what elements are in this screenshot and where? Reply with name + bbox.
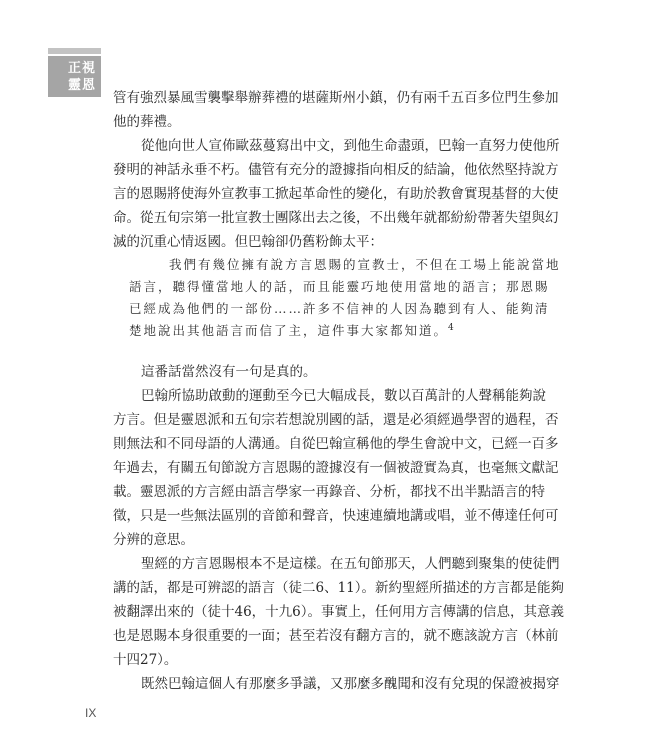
text-line: 巴翰所協助啟動的運動至今已大幅成長，數以百萬計的人聲稱能夠說 [113,384,561,408]
text-line: 徵，只是一些無法區別的音節和聲音，快速連續地講或唱，並不傳達任何可 [113,504,561,528]
footnote-reference: 4 [448,323,454,333]
quote-line: 已經成為他們的一部份……許多不信神的人因為聽到有人、能夠清 [113,298,561,320]
text-line: 年過去，有關五旬節說方言恩賜的證據沒有一個被證實為真，也毫無文獻記 [113,456,561,480]
margin-tab-bar [48,48,101,54]
text-line: 命。從五旬宗第一批宣教士團隊出去之後，不出幾年就都紛紛帶著失望與幻 [113,206,561,230]
text-line: 管有強烈暴風雪襲擊舉辦葬禮的堪薩斯州小鎮，仍有兩千五百多位門生參加 [113,86,561,110]
text-line: 既然巴翰這個人有那麼多爭議，又那麼多醜聞和沒有兌現的保證被揭穿 [113,672,561,696]
quote-line-text: 楚地說出其他語言而信了主，這件事大家都知道。 [129,323,448,338]
block-quote: 我們有幾位擁有說方言恩賜的宣教士，不但在工場上能說當地 語言，聽得懂當地人的話，… [113,254,561,342]
quote-line: 我們有幾位擁有說方言恩賜的宣教士，不但在工場上能說當地 [113,254,561,276]
text-line: 他的葬禮。 [113,110,561,134]
text-line: 聖經的方言恩賜根本不是這樣。在五旬節那天，人們聽到聚集的使徒們 [113,552,561,576]
text-line: 則無法和不同母語的人溝通。自從巴翰宣稱他的學生會說中文，已經一百多 [113,432,561,456]
margin-tab-label-line1: 正視 [48,60,96,77]
text-line: 被翻譯出來的（徒十46，十九6）。事實上，任何用方言傳講的信息，其意義 [113,600,561,624]
page-number: IX [85,706,96,720]
text-line: 也是恩賜本身很重要的一面；甚至若沒有翻方言的，就不應該說方言（林前 [113,624,561,648]
chapter-margin-tab: 正視 靈恩 [48,56,101,97]
text-line: 發明的神話永垂不朽。儘管有充分的證據指向相反的結論，他依然堅持說方 [113,158,561,182]
text-line: 滅的沉重心情返國。但巴翰卻仍舊粉飾太平： [113,230,561,254]
margin-tab-label-line2: 靈恩 [48,77,96,94]
text-line: 這番話當然沒有一句是真的。 [113,360,561,384]
body-text: 管有強烈暴風雪襲擊舉辦葬禮的堪薩斯州小鎮，仍有兩千五百多位門生參加 他的葬禮。 … [113,86,561,696]
text-line: 載。靈恩派的方言經由語言學家一再錄音、分析，都找不出半點語言的特 [113,480,561,504]
quote-line: 語言，聽得懂當地人的話，而且能靈巧地使用當地的語言；那恩賜 [113,276,561,298]
quote-line: 楚地說出其他語言而信了主，這件事大家都知道。4 [113,320,561,342]
text-line: 十四27）。 [113,648,561,672]
text-line: 講的話，都是可辨認的語言（徒二6、11）。新約聖經所描述的方言都是能夠 [113,576,561,600]
text-line: 方言。但是靈恩派和五旬宗若想說別國的話，還是必須經過學習的過程，否 [113,408,561,432]
text-line: 分辨的意思。 [113,528,561,552]
text-line: 言的恩賜將使海外宣教事工掀起革命性的變化，有助於教會實現基督的大使 [113,182,561,206]
text-line: 從他向世人宣佈歐茲蔓寫出中文，到他生命盡頭，巴翰一直努力使他所 [113,134,561,158]
